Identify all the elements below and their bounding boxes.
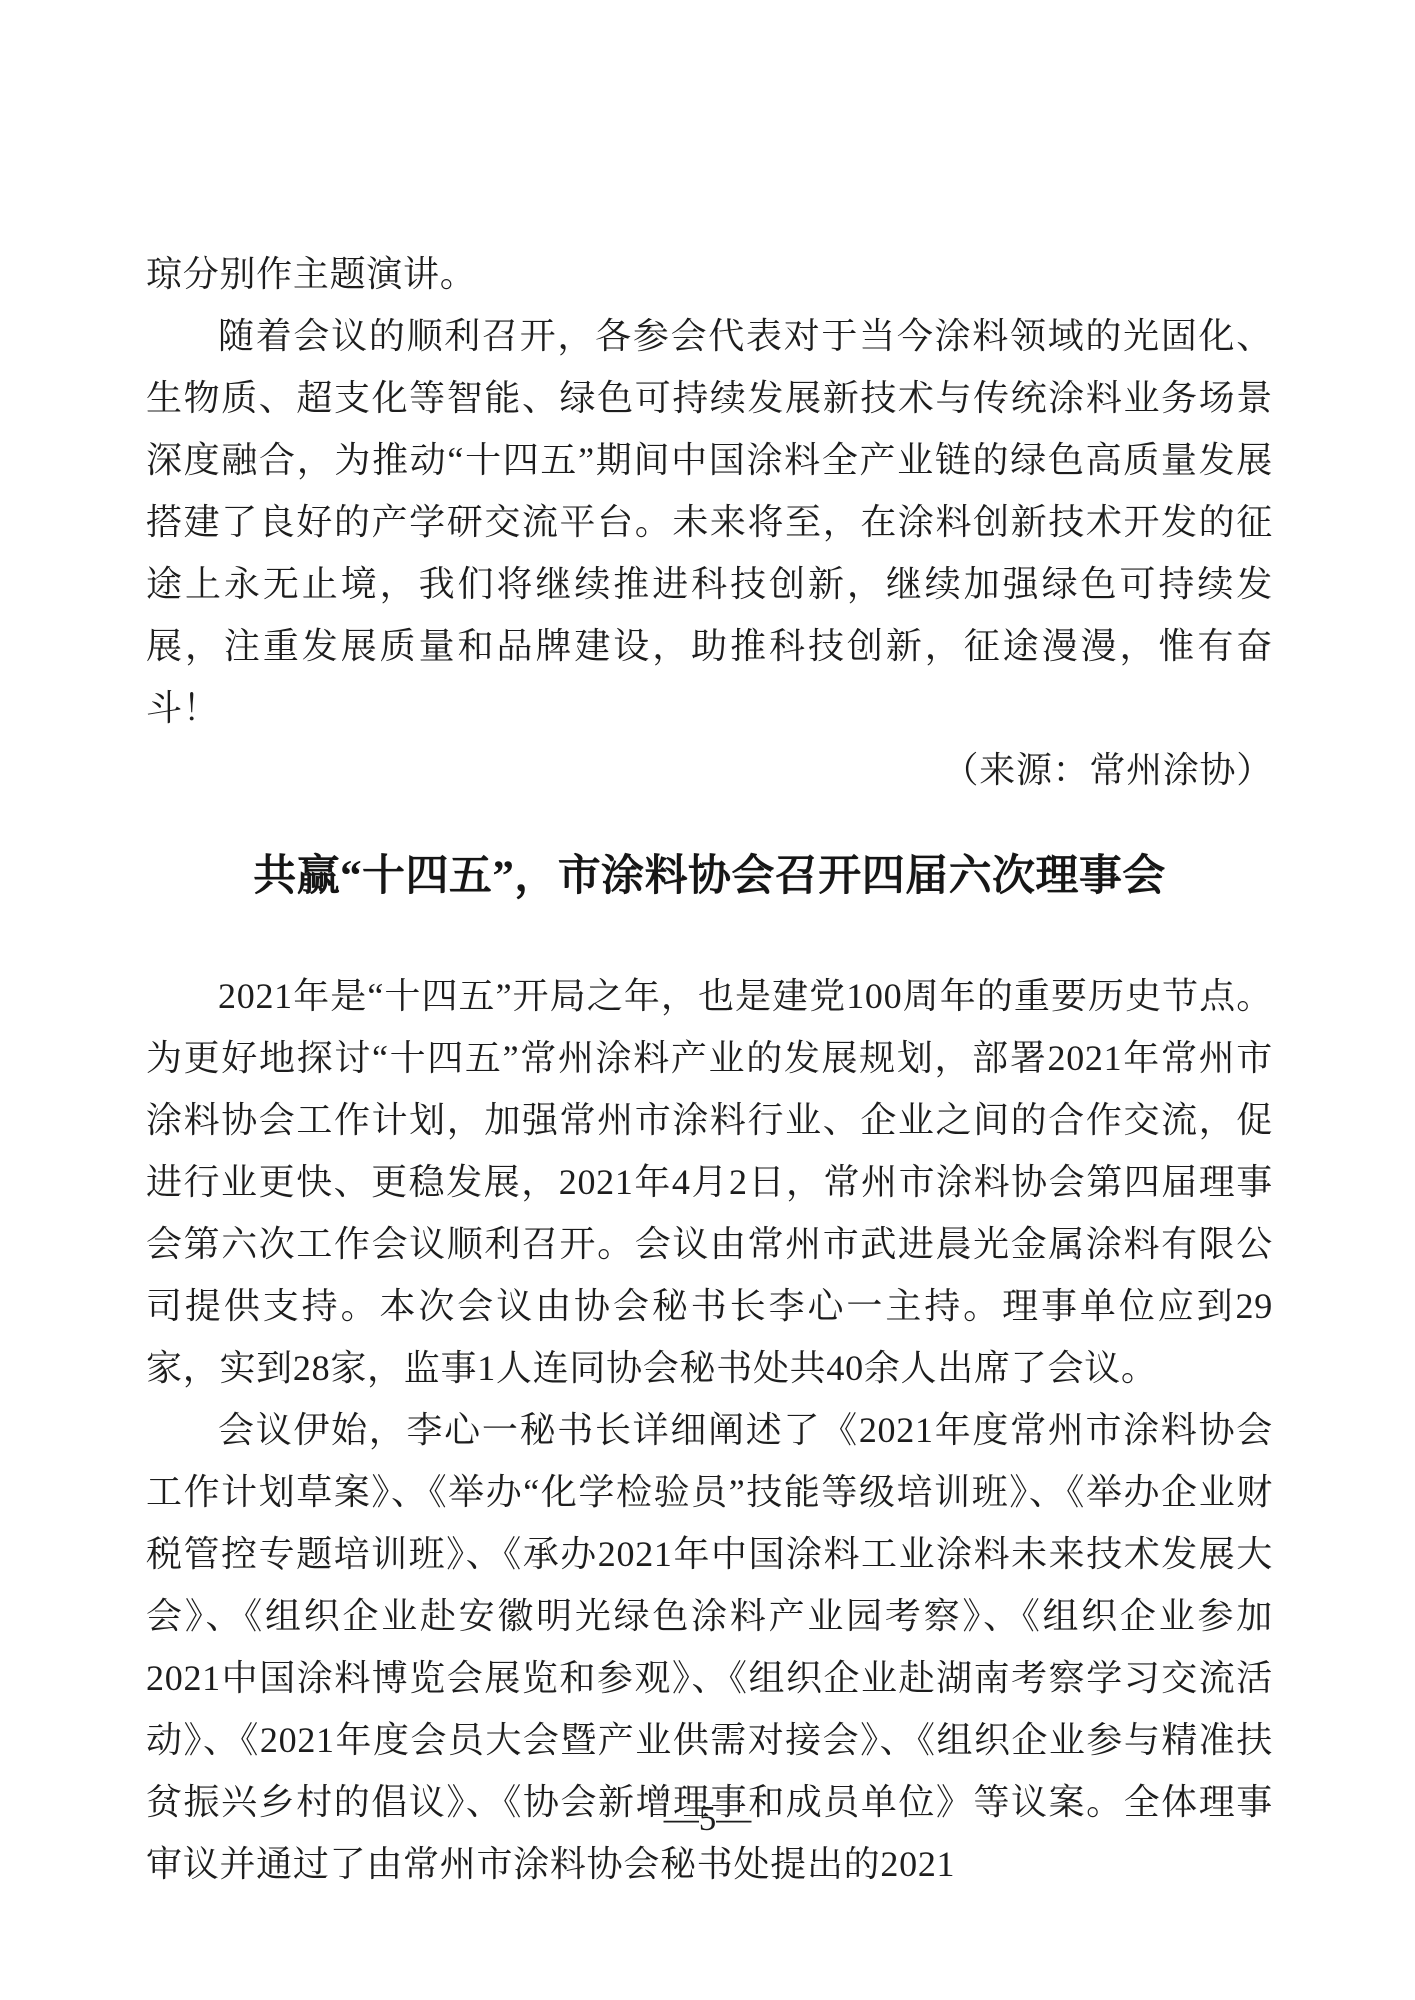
document-page: 琼分别作主题演讲。 随着会议的顺利召开，各参会代表对于当今涂料领域的光固化、生物… xyxy=(0,0,1415,2000)
previous-paragraph-continuation: 琼分别作主题演讲。 xyxy=(146,243,1273,305)
article-title: 共赢“十四五”，市涂料协会召开四届六次理事会 xyxy=(146,845,1273,909)
page-content: 琼分别作主题演讲。 随着会议的顺利召开，各参会代表对于当今涂料领域的光固化、生物… xyxy=(146,243,1273,1895)
page-number: —5— xyxy=(0,1788,1415,1850)
source-attribution: （来源：常州涂协） xyxy=(146,739,1273,801)
previous-article-closing-paragraph: 随着会议的顺利召开，各参会代表对于当今涂料领域的光固化、生物质、超支化等智能、绿… xyxy=(146,305,1273,739)
article-paragraph-1: 2021年是“十四五”开局之年，也是建党100周年的重要历史节点。为更好地探讨“… xyxy=(146,965,1273,1399)
